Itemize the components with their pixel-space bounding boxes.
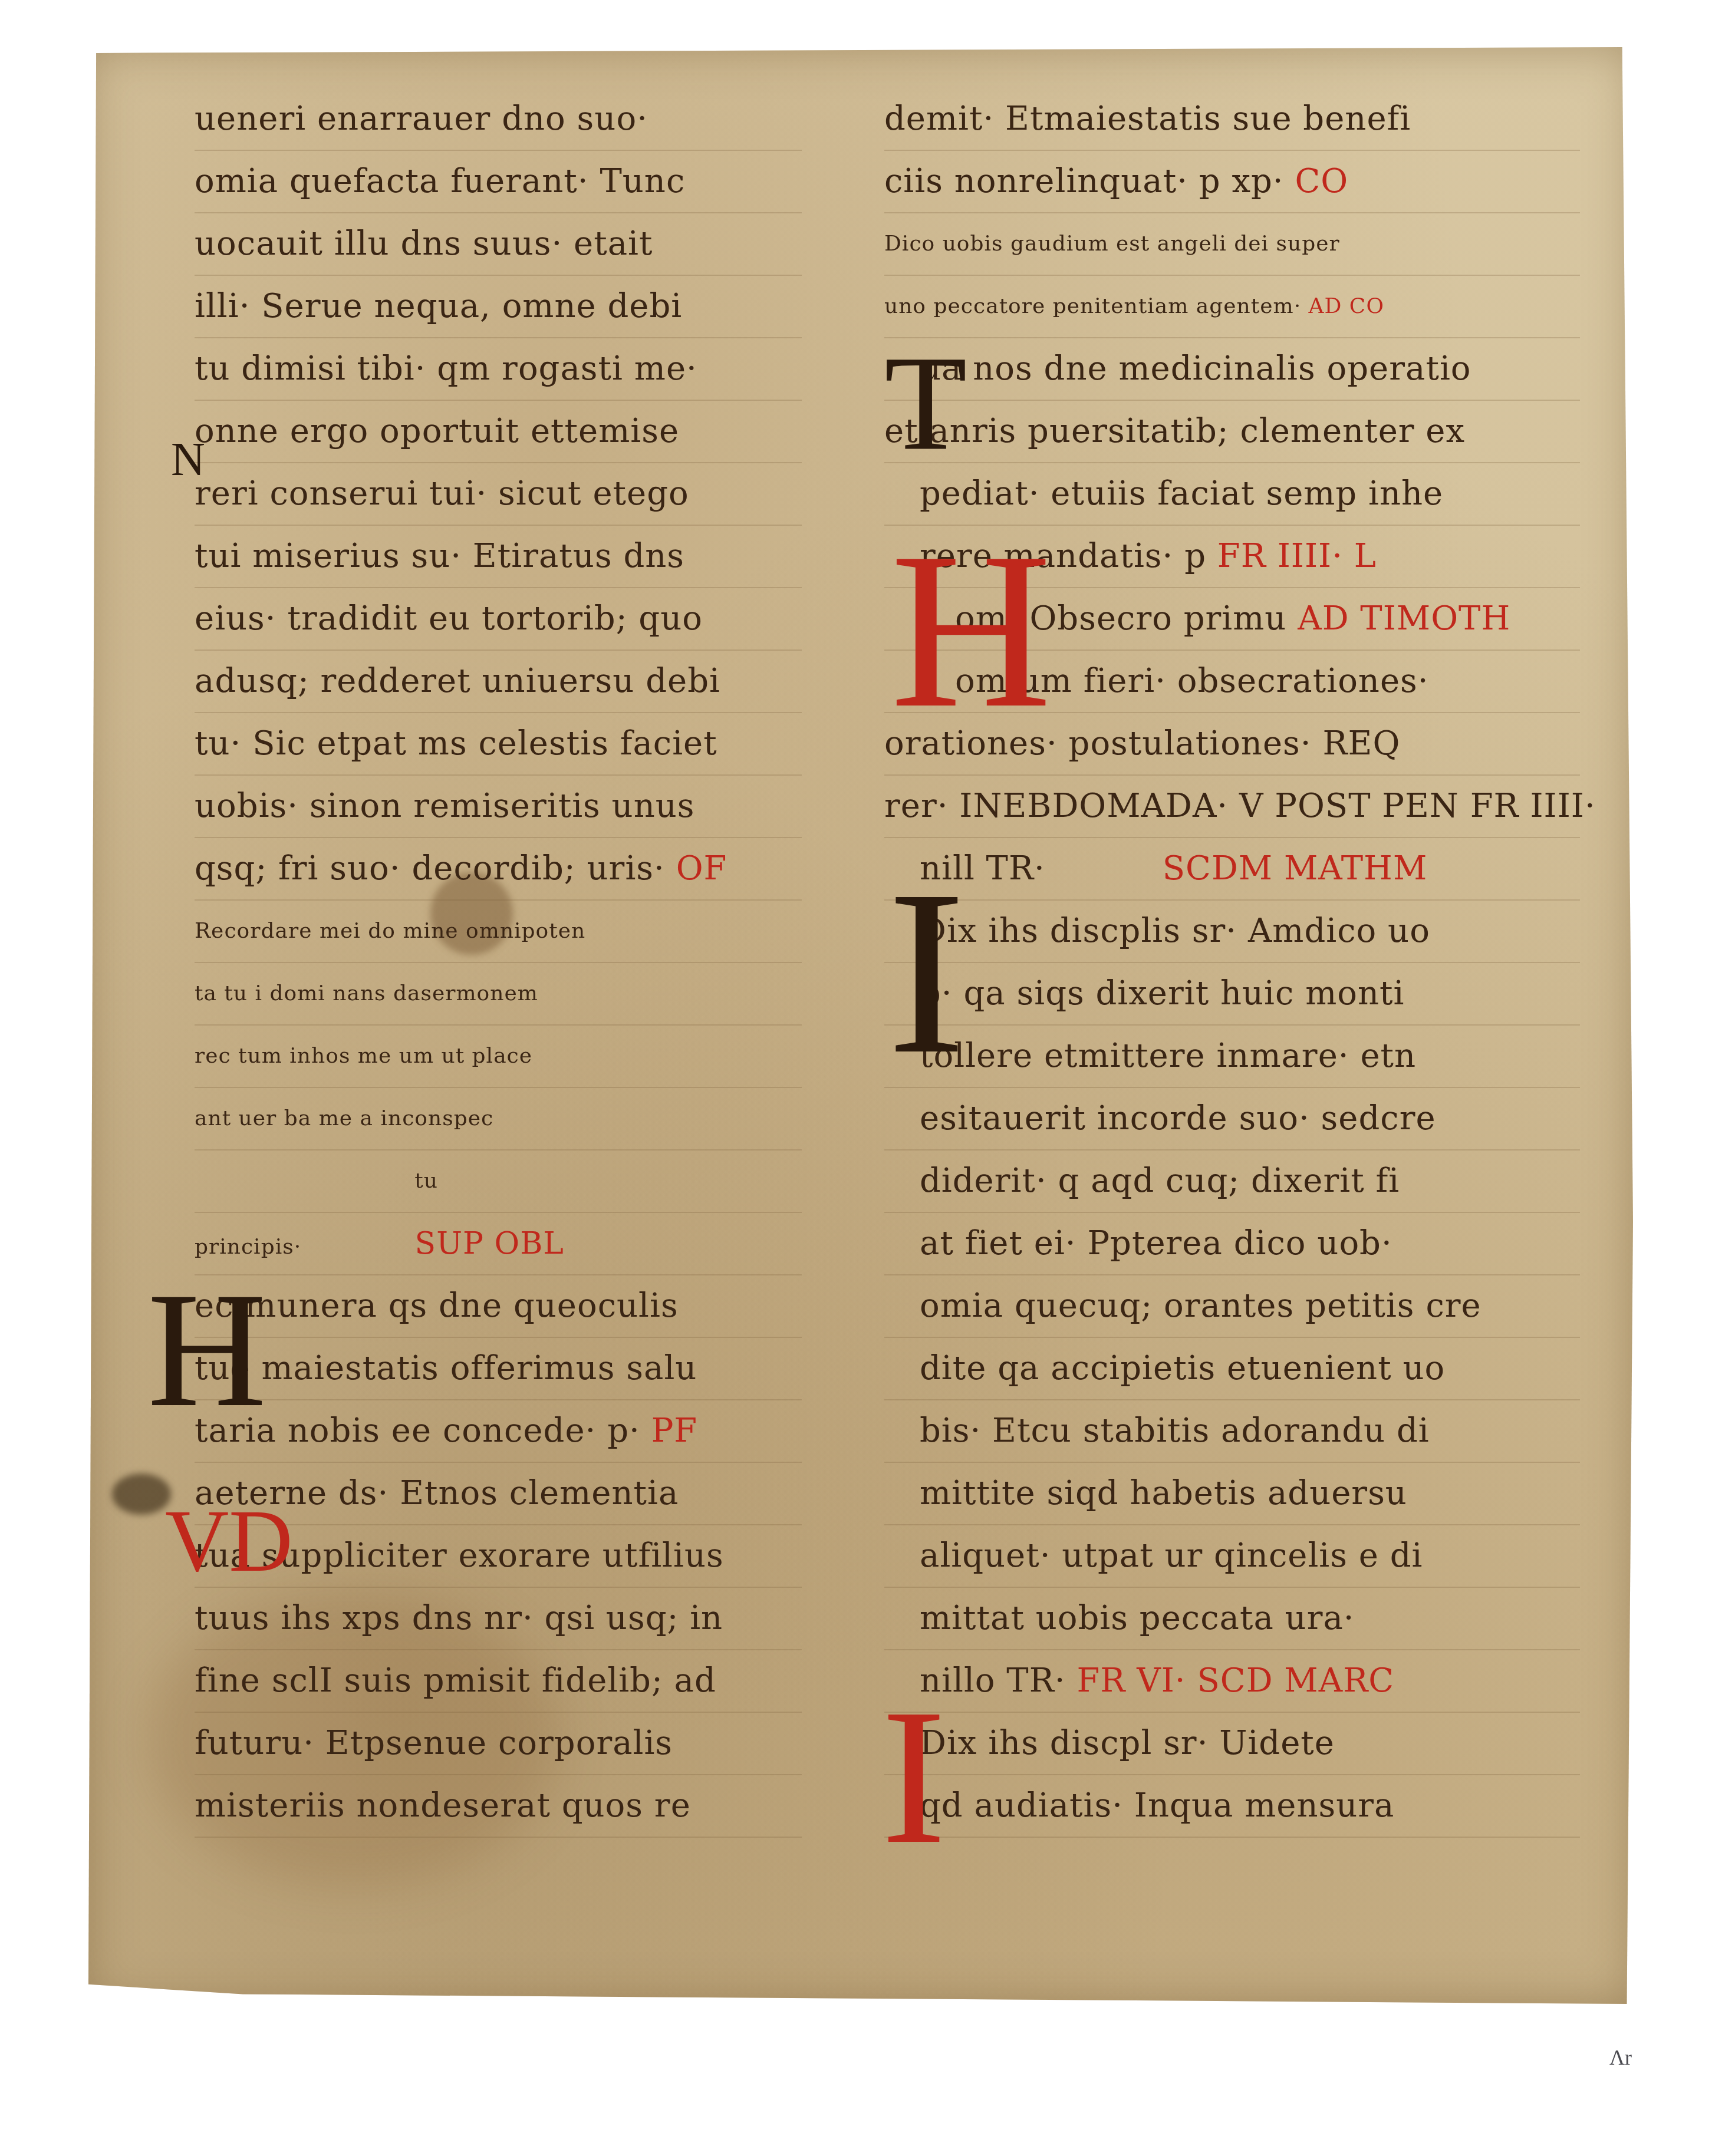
text-line: tu dimisi tibi· qm rogasti me· (195, 338, 802, 401)
initial-i-red: I (881, 1680, 946, 1874)
neumed-line: ta tu i domi nans dasermonem (195, 963, 802, 1026)
rubric: OF (676, 849, 727, 888)
rubric: SUP OBL (415, 1226, 564, 1261)
text-line: nillo TR· FR VI· SCD MARC (884, 1650, 1580, 1713)
text-line: nill TR· SCDM MATHM (884, 838, 1580, 901)
text-line: ec munera qs dne queoculis (195, 1275, 802, 1338)
initial-h: H (147, 1267, 266, 1432)
text-line: b· qa siqs dixerit huic monti (884, 963, 1580, 1026)
text-line: ua nos dne medicinalis operatio (884, 338, 1580, 401)
neumed-line: Recordare mei do mine omnipoten (195, 901, 802, 963)
neumed-line: ant uer ba me a inconspec (195, 1088, 802, 1150)
text-line: mittite siqd habetis aduersu (884, 1463, 1580, 1525)
ink-blot (112, 1473, 171, 1515)
initial-h-red: H (890, 519, 1052, 743)
initial-i: I (887, 855, 966, 1090)
initial-vd: VD (165, 1497, 293, 1585)
text-line: demit· Etmaiestatis sue benefi (884, 88, 1580, 151)
text-line: mittat uobis peccata ura· (884, 1588, 1580, 1650)
text-line: uocauit illu dns suus· etait (195, 213, 802, 276)
text-line: ueneri enarrauer dno suo· (195, 88, 802, 151)
text-line: qd audiatis· Inqua mensura (884, 1775, 1580, 1838)
text-line: Dix ihs discpl sr· Uidete (884, 1713, 1580, 1775)
text-line: bis· Etcu stabitis adorandu di (884, 1400, 1580, 1463)
text-line: onne ergo oportuit ettemise (195, 401, 802, 463)
text-line: rer· INEBDOMADA· V POST PEN FR IIII· (884, 776, 1580, 838)
initial-t: T (884, 336, 967, 472)
text-line: aliquet· utpat ur qincelis e di (884, 1525, 1580, 1588)
text-line: tue maiestatis offerimus salu (195, 1338, 802, 1400)
text-line: diderit· q aqd cuq; dixerit fi (884, 1150, 1580, 1213)
rubric: PF (651, 1412, 698, 1450)
rubric: AD TIMOTH (1298, 599, 1510, 638)
text-line: tollere etmittere inmare· etn (884, 1026, 1580, 1088)
text-line: adusq; redderet uniuersu debi (195, 651, 802, 713)
initial-n: N (171, 436, 205, 483)
text-line: eius· tradidit eu tortorib; quo (195, 588, 802, 651)
text-line: qsq; fri suo· decordib; uris· OF (195, 838, 802, 901)
text-line: Dix ihs discplis sr· Amdico uo (884, 901, 1580, 963)
text-line: at fiet ei· Ppterea dico uob· (884, 1213, 1580, 1275)
text-line: tu· Sic etpat ms celestis faciet (195, 713, 802, 776)
text-line: omia quecuq; orantes petitis cre (884, 1275, 1580, 1338)
rubric: FR IIII· L (1217, 537, 1377, 575)
neumed-line: uno peccatore penitentiam agentem· AD CO (884, 276, 1580, 338)
foliation-mark: Λr (1609, 2045, 1632, 2070)
text-line: esitauerit incorde suo· sedcre (884, 1088, 1580, 1150)
right-column: demit· Etmaiestatis sue benefi ciis nonr… (884, 88, 1580, 1838)
text-line: ciis nonrelinquat· p xp· CO (884, 151, 1580, 213)
rubric: FR VI· SCD MARC (1076, 1661, 1394, 1700)
text-line: principis· SUP OBL (195, 1213, 802, 1275)
neumed-line: Dico uobis gaudium est angeli dei super (884, 213, 1580, 276)
text-line: futuru· Etpsenue corporalis (195, 1713, 802, 1775)
text-line: tuus ihs xps dns nr· qsi usq; in (195, 1588, 802, 1650)
rubric: SCDM MATHM (1163, 849, 1428, 888)
text-line: tui miserius su· Etiratus dns (195, 526, 802, 588)
text-line: fine sclI suis pmisit fidelib; ad (195, 1650, 802, 1713)
rubric: CO (1295, 162, 1348, 200)
text-line: misteriis nondeserat quos re (195, 1775, 802, 1838)
text-line: taria nobis ee concede· p· PF (195, 1400, 802, 1463)
neumed-line: tu (195, 1150, 802, 1213)
text-line: uobis· sinon remiseritis unus (195, 776, 802, 838)
text-line: dite qa accipietis etuenient uo (884, 1338, 1580, 1400)
rubric: AD CO (1309, 294, 1384, 318)
text-line: omia quefacta fuerant· Tunc (195, 151, 802, 213)
text-line: illi· Serue nequa, omne debi (195, 276, 802, 338)
text-line: et anris puersitatib; clementer ex (884, 401, 1580, 463)
text-line: reri conserui tui· sicut etego (195, 463, 802, 526)
neumed-line: rec tum inhos me um ut place (195, 1026, 802, 1088)
